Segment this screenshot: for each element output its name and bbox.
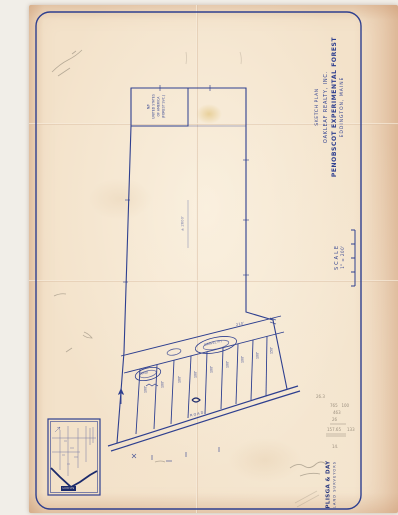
station-marks: [132, 447, 219, 461]
title-line-plan-type: SKETCH PLAN: [315, 30, 321, 184]
north-arrow-icon: [119, 389, 124, 404]
lot-feature-scribble: [192, 398, 200, 402]
title-line-location: PENOBSCOT EXPERIMENTAL FOREST: [331, 30, 339, 184]
pencil-note: 133: [347, 427, 355, 432]
lot-dimension: 100': [226, 357, 231, 373]
pencil-note: 765 100: [330, 403, 349, 408]
lot-dimension: 100': [144, 382, 149, 398]
lot-dimension: 100': [161, 377, 166, 393]
scanned-survey-plan: SKETCH PLAN OAKLEAF REALTY, INC. PENOBSC…: [0, 0, 398, 515]
center-dimension-note: ± 2600': [181, 203, 188, 245]
pencil-scribbles: [52, 50, 346, 507]
pencil-note: 463: [333, 410, 341, 415]
title-block: SKETCH PLAN OAKLEAF REALTY, INC. PENOBSC…: [315, 30, 353, 184]
sheet-border-frame: [36, 12, 361, 509]
lot-dividers: [136, 336, 267, 434]
scale-ratio: 1" = 200': [340, 224, 345, 290]
inset-locus-label: LOCUS: [61, 486, 76, 491]
corner-note-block: N/F UNITED STATES OF AMERICA (FOREST SVC…: [147, 90, 172, 124]
title-line-owner: OAKLEAF REALTY, INC.: [323, 30, 329, 184]
parcel-boundary: [117, 88, 287, 443]
lot-dimension: 100': [256, 348, 261, 364]
surveyor-name: PLISGA & DAY: [326, 456, 333, 514]
lot-dimension: 100': [210, 362, 215, 378]
lot-dimension: 100': [241, 352, 246, 368]
pencil-note: 14.: [332, 444, 338, 449]
scale-block: SCALE 1" = 200': [334, 224, 354, 290]
surveyor-subtitle: LAND SURVEYORS: [332, 456, 336, 514]
inset-locus-map: [48, 419, 100, 495]
pencil-note: 26.3: [316, 394, 325, 399]
surveyor-stamp: PLISGA & DAY LAND SURVEYORS: [326, 456, 343, 514]
inset-road-line: [51, 468, 97, 487]
lot-dimension: 150': [270, 343, 275, 359]
pencil-note: 26: [332, 417, 337, 422]
corner-note-line: (FOREST SVC.): [162, 90, 167, 124]
pencil-note: 157.65: [327, 427, 341, 432]
title-line-town: EDDINGTON, MAINE: [340, 30, 346, 184]
lot-dimension: 100': [194, 367, 199, 383]
lot-dimension: 100': [178, 372, 183, 388]
